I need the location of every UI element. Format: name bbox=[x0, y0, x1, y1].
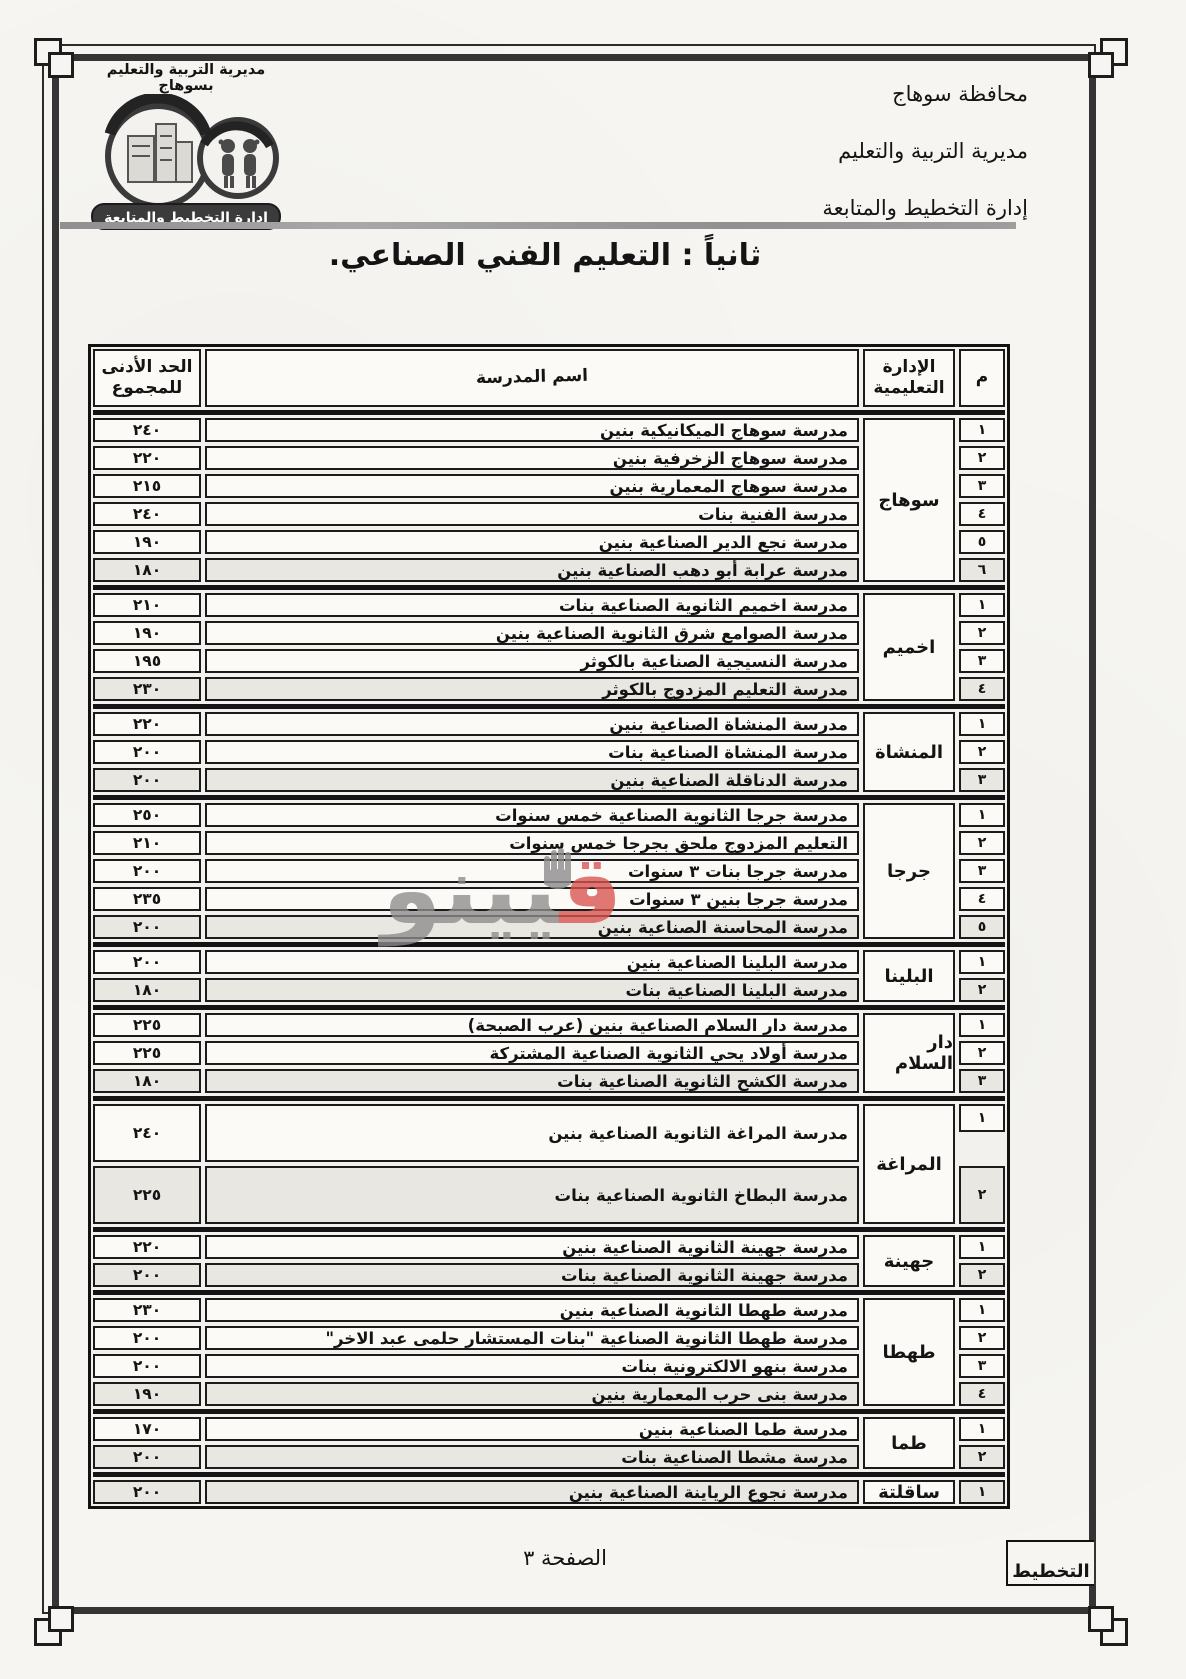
min-total-cell: ٢٣٠ bbox=[93, 1298, 201, 1322]
group-separator bbox=[93, 1290, 1005, 1295]
row-number-cell: ٦ bbox=[959, 558, 1005, 582]
school-name-cell: مدرسة النسيجية الصناعية بالكوثر bbox=[205, 649, 859, 673]
min-total-cell: ٢٤٠ bbox=[93, 502, 201, 526]
row-number-cell: ٣ bbox=[959, 859, 1005, 883]
school-name-cell: مدرسة عرابة أبو دهب الصناعية بنين bbox=[205, 558, 859, 582]
min-total-cell: ٢٠٠ bbox=[93, 950, 201, 974]
group-separator bbox=[93, 1005, 1005, 1010]
school-name-cell: مدرسة المنشاة الصناعية بنين bbox=[205, 712, 859, 736]
logo-emblem-graphic: إدارة التخطيط والمتابعة bbox=[80, 94, 292, 232]
header-cell-min: الحد الأدنى للمجموع bbox=[93, 349, 201, 407]
min-total-cell: ١٨٠ bbox=[93, 1069, 201, 1093]
school-name-cell: مدرسة نجع الدير الصناعية بنين bbox=[205, 530, 859, 554]
admin-name-cell: سوهاج bbox=[863, 418, 955, 582]
row-number-cell: ٣ bbox=[959, 474, 1005, 498]
min-total-cell: ٢٤٠ bbox=[93, 418, 201, 442]
page-title: ثانياً : التعليم الفني الصناعي. bbox=[0, 238, 1090, 273]
admin-group: جهينة١مدرسة جهينة الثانوية الصناعية بنين… bbox=[91, 1233, 1007, 1289]
school-name-cell: مدرسة اخميم الثانوية الصناعية بنات bbox=[205, 593, 859, 617]
school-name-cell: مدرسة سوهاج الزخرفية بنين bbox=[205, 446, 859, 470]
min-total-cell: ٢٥٠ bbox=[93, 803, 201, 827]
admin-name-cell: المراغة bbox=[863, 1104, 955, 1224]
school-name-cell: مدرسة جرجا بنات ٣ سنوات bbox=[205, 859, 859, 883]
school-name-cell: مدرسة المنشاة الصناعية بنات bbox=[205, 740, 859, 764]
row-number-cell: ١ bbox=[959, 1013, 1005, 1037]
admin-group: سوهاج١مدرسة سوهاج الميكانيكية بنين٢٤٠٢مد… bbox=[91, 416, 1007, 584]
row-number-cell: ٥ bbox=[959, 530, 1005, 554]
row-number-cell: ١ bbox=[959, 1417, 1005, 1441]
school-name-cell: مدرسة المحاسنة الصناعية بنين bbox=[205, 915, 859, 939]
min-total-cell: ٢٢٠ bbox=[93, 1235, 201, 1259]
school-name-cell: مدرسة مشطا الصناعية بنات bbox=[205, 1445, 859, 1469]
row-number-cell: ١ bbox=[959, 803, 1005, 827]
row-number-cell: ٢ bbox=[959, 1166, 1005, 1224]
group-separator bbox=[93, 795, 1005, 800]
row-number-cell: ٢ bbox=[959, 1445, 1005, 1469]
school-name-cell: مدرسة جرجا الثانوية الصناعية خمس سنوات bbox=[205, 803, 859, 827]
admin-group: اخميم١مدرسة اخميم الثانوية الصناعية بنات… bbox=[91, 591, 1007, 703]
header-cell-number: م bbox=[959, 349, 1005, 407]
school-name-cell: مدرسة دار السلام الصناعية بنين (عرب الصب… bbox=[205, 1013, 859, 1037]
group-separator bbox=[93, 585, 1005, 590]
admin-name-cell: البلينا bbox=[863, 950, 955, 1002]
table-header-row: م الإدارة التعليمية اسم المدرسة الحد الأ… bbox=[91, 347, 1007, 409]
min-total-cell: ٢٠٠ bbox=[93, 768, 201, 792]
group-separator bbox=[93, 1409, 1005, 1414]
school-name-cell: التعليم المزدوج ملحق بجرجا خمس سنوات bbox=[205, 831, 859, 855]
min-total-cell: ١٨٠ bbox=[93, 978, 201, 1002]
school-name-cell: مدرسة نجوع الرياينة الصناعية بنين bbox=[205, 1480, 859, 1504]
school-name-cell: مدرسة البلينا الصناعية بنين bbox=[205, 950, 859, 974]
governorate-line: محافظة سوهاج bbox=[708, 82, 1028, 106]
logo-title-text: مديرية التربية والتعليم بسوهاج bbox=[78, 62, 294, 94]
row-number-cell: ٢ bbox=[959, 831, 1005, 855]
header-cell-school: اسم المدرسة bbox=[205, 349, 859, 407]
admin-name-cell: طهطا bbox=[863, 1298, 955, 1406]
admin-group: البلينا١مدرسة البلينا الصناعية بنين٢٠٠٢م… bbox=[91, 948, 1007, 1004]
row-number-cell: ٤ bbox=[959, 887, 1005, 911]
row-number-cell: ١ bbox=[959, 593, 1005, 617]
group-separator bbox=[93, 1472, 1005, 1477]
school-name-cell: مدرسة الكشح الثانوية الصناعية بنات bbox=[205, 1069, 859, 1093]
admin-name-cell: دار السلام bbox=[863, 1013, 955, 1093]
admin-name-cell: جرجا bbox=[863, 803, 955, 939]
school-name-cell: مدرسة المراغة الثانوية الصناعية بنين bbox=[205, 1104, 859, 1162]
row-number-cell: ٢ bbox=[959, 621, 1005, 645]
row-number-cell: ٣ bbox=[959, 1354, 1005, 1378]
group-separator bbox=[93, 942, 1005, 947]
schools-table: م الإدارة التعليمية اسم المدرسة الحد الأ… bbox=[88, 344, 1010, 1509]
min-total-cell: ٢١٠ bbox=[93, 593, 201, 617]
school-name-cell: مدرسة بنهو الالكترونية بنات bbox=[205, 1354, 859, 1378]
min-total-cell: ١٧٠ bbox=[93, 1417, 201, 1441]
school-name-cell: مدرسة البلينا الصناعية بنات bbox=[205, 978, 859, 1002]
school-name-cell: مدرسة البطاخ الثانوية الصناعية بنات bbox=[205, 1166, 859, 1224]
school-name-cell: مدرسة أولاد يحي الثانوية الصناعية المشتر… bbox=[205, 1041, 859, 1065]
row-number-cell: ٢ bbox=[959, 978, 1005, 1002]
min-total-cell: ٢٠٠ bbox=[93, 915, 201, 939]
admin-name-cell: اخميم bbox=[863, 593, 955, 701]
admin-group: المنشاة١مدرسة المنشاة الصناعية بنين٢٢٠٢م… bbox=[91, 710, 1007, 794]
min-total-cell: ٢٠٠ bbox=[93, 740, 201, 764]
min-total-cell: ٢٠٠ bbox=[93, 1263, 201, 1287]
row-number-cell: ١ bbox=[959, 712, 1005, 736]
header-separator-line bbox=[60, 222, 1016, 229]
school-name-cell: مدرسة سوهاج المعمارية بنين bbox=[205, 474, 859, 498]
admin-name-cell: المنشاة bbox=[863, 712, 955, 792]
min-total-cell: ٢٢٠ bbox=[93, 712, 201, 736]
admin-group: المراغة١مدرسة المراغة الثانوية الصناعية … bbox=[91, 1102, 1007, 1226]
school-name-cell: مدرسة الدناقلة الصناعية بنين bbox=[205, 768, 859, 792]
school-name-cell: مدرسة جهينة الثانوية الصناعية بنات bbox=[205, 1263, 859, 1287]
row-number-cell: ٤ bbox=[959, 1382, 1005, 1406]
school-name-cell: مدرسة طهطا الثانوية الصناعية "بنات المست… bbox=[205, 1326, 859, 1350]
row-number-cell: ٢ bbox=[959, 1041, 1005, 1065]
min-total-cell: ٢٠٠ bbox=[93, 1326, 201, 1350]
min-total-cell: ٢١٥ bbox=[93, 474, 201, 498]
row-number-cell: ٣ bbox=[959, 1069, 1005, 1093]
school-name-cell: مدرسة الفنية بنات bbox=[205, 502, 859, 526]
directorate-line: مديرية التربية والتعليم bbox=[708, 139, 1028, 163]
row-number-cell: ١ bbox=[959, 1298, 1005, 1322]
admin-group: جرجا١مدرسة جرجا الثانوية الصناعية خمس سن… bbox=[91, 801, 1007, 941]
admin-group: دار السلام١مدرسة دار السلام الصناعية بني… bbox=[91, 1011, 1007, 1095]
row-number-cell: ٣ bbox=[959, 649, 1005, 673]
admin-name-cell: جهينة bbox=[863, 1235, 955, 1287]
header-cell-admin: الإدارة التعليمية bbox=[863, 349, 955, 407]
min-total-cell: ٢٣٥ bbox=[93, 887, 201, 911]
row-number-cell: ٤ bbox=[959, 677, 1005, 701]
min-total-cell: ١٩٠ bbox=[93, 621, 201, 645]
row-number-cell: ١ bbox=[959, 1480, 1005, 1504]
admin-name-cell: ساقلتة bbox=[863, 1480, 955, 1504]
min-total-cell: ١٨٠ bbox=[93, 558, 201, 582]
row-number-cell: ٢ bbox=[959, 1326, 1005, 1350]
row-number-cell: ٥ bbox=[959, 915, 1005, 939]
school-name-cell: مدرسة جهينة الثانوية الصناعية بنين bbox=[205, 1235, 859, 1259]
min-total-cell: ٢٣٠ bbox=[93, 677, 201, 701]
department-line: إدارة التخطيط والمتابعة bbox=[708, 196, 1028, 220]
admin-group: طهطا١مدرسة طهطا الثانوية الصناعية بنين٢٣… bbox=[91, 1296, 1007, 1408]
min-total-cell: ٢٢٥ bbox=[93, 1013, 201, 1037]
school-name-cell: مدرسة بنى حرب المعمارية بنين bbox=[205, 1382, 859, 1406]
row-number-cell: ١ bbox=[959, 950, 1005, 974]
row-number-cell: ١ bbox=[959, 1104, 1005, 1132]
row-number-cell: ١ bbox=[959, 1235, 1005, 1259]
min-total-cell: ٢٠٠ bbox=[93, 1354, 201, 1378]
group-separator bbox=[93, 1227, 1005, 1232]
row-number-cell: ٢ bbox=[959, 740, 1005, 764]
min-total-cell: ٢٤٠ bbox=[93, 1104, 201, 1162]
row-number-cell: ١ bbox=[959, 418, 1005, 442]
min-total-cell: ١٩٠ bbox=[93, 530, 201, 554]
min-total-cell: ٢٢٥ bbox=[93, 1166, 201, 1224]
min-total-cell: ٢٠٠ bbox=[93, 1480, 201, 1504]
table-body: سوهاج١مدرسة سوهاج الميكانيكية بنين٢٤٠٢مد… bbox=[91, 416, 1007, 1506]
school-name-cell: مدرسة سوهاج الميكانيكية بنين bbox=[205, 418, 859, 442]
row-number-cell: ٤ bbox=[959, 502, 1005, 526]
admin-group: طما١مدرسة طما الصناعية بنين١٧٠٢مدرسة مشط… bbox=[91, 1415, 1007, 1471]
min-total-cell: ١٩٠ bbox=[93, 1382, 201, 1406]
school-name-cell: مدرسة الصوامع شرق الثانوية الصناعية بنين bbox=[205, 621, 859, 645]
row-number-cell: ٢ bbox=[959, 446, 1005, 470]
school-name-cell: مدرسة طهطا الثانوية الصناعية بنين bbox=[205, 1298, 859, 1322]
admin-group: ساقلتة١مدرسة نجوع الرياينة الصناعية بنين… bbox=[91, 1478, 1007, 1506]
min-total-cell: ٢٢٠ bbox=[93, 446, 201, 470]
school-name-cell: مدرسة جرجا بنين ٣ سنوات bbox=[205, 887, 859, 911]
min-total-cell: ١٩٥ bbox=[93, 649, 201, 673]
min-total-cell: ٢٢٥ bbox=[93, 1041, 201, 1065]
directorate-logo: مديرية التربية والتعليم بسوهاج إدارة الت… bbox=[78, 62, 294, 236]
school-name-cell: مدرسة التعليم المزدوج بالكوثر bbox=[205, 677, 859, 701]
group-separator bbox=[93, 704, 1005, 709]
min-total-cell: ٢١٠ bbox=[93, 831, 201, 855]
school-name-cell: مدرسة طما الصناعية بنين bbox=[205, 1417, 859, 1441]
min-total-cell: ٢٠٠ bbox=[93, 1445, 201, 1469]
planning-dept-stamp: التخطيط bbox=[1006, 1540, 1094, 1586]
admin-name-cell: طما bbox=[863, 1417, 955, 1469]
min-total-cell: ٢٠٠ bbox=[93, 859, 201, 883]
page-number: الصفحة ٣ bbox=[0, 1546, 1130, 1570]
group-separator bbox=[93, 410, 1005, 415]
row-number-cell: ٣ bbox=[959, 768, 1005, 792]
row-number-cell: ٢ bbox=[959, 1263, 1005, 1287]
group-separator bbox=[93, 1096, 1005, 1101]
scanned-document-page: { "header": { "logo_top": "مديرية التربي… bbox=[0, 0, 1186, 1679]
